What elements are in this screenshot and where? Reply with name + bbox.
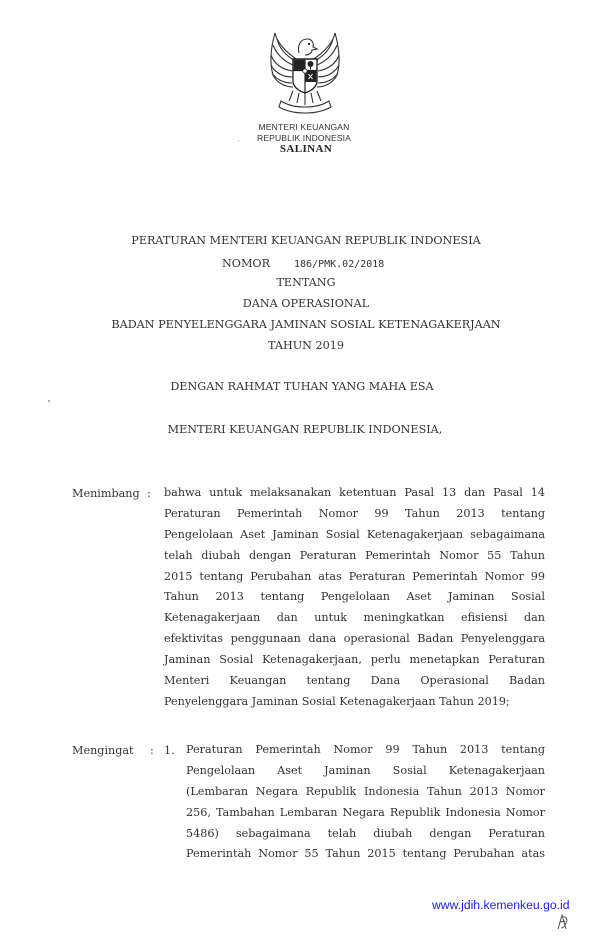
paragraph-line: Penyelenggara Jaminan Sosial Ketenagaker… [164,692,545,713]
salinan-stamp: SALINAN [0,143,612,155]
paragraph-line: Pengelolaan Aset Jaminan Sosial Ketenaga… [186,761,545,782]
paragraph-line: 2015 tentang Perubahan atas Peraturan Pe… [164,567,545,588]
subject-line-2: BADAN PENYELENGGARA JAMINAN SOSIAL KETEN… [0,318,612,331]
paragraph-line: Tahun 2013 tentang Pengelolaan Aset Jami… [164,587,545,608]
paragraph-line: telah diubah dengan Peraturan Pemerintah… [164,546,545,567]
paragraph-line: Pemerintah Nomor 55 Tahun 2015 tentang P… [186,844,545,865]
menimbang-label: Menimbang [72,487,140,500]
regulation-number: NOMOR186/PMK.02/2018 [222,257,384,270]
handwritten-initial-icon [555,911,571,931]
menimbang-paragraph: bahwa untuk melaksanakan ketentuan Pasal… [164,483,545,713]
mengingat-item-text: Peraturan Pemerintah Nomor 99 Tahun 2013… [186,740,545,865]
paragraph-line: Peraturan Pemerintah Nomor 99 Tahun 2013… [186,740,545,761]
paragraph-line: (Lembaran Negara Republik Indonesia Tahu… [186,782,545,803]
subject-line-3: TAHUN 2019 [0,339,612,352]
subject-line-1: DANA OPERASIONAL [0,297,612,310]
paragraph-line: Jaminan Sosial Ketenagakerjaan, perlu me… [164,650,545,671]
menimbang-colon: : [147,487,151,500]
nomor-value: 186/PMK.02/2018 [294,259,384,270]
paragraph-line: 5486) sebagaimana telah diubah dengan Pe… [186,824,545,845]
paragraph-line: Pengelolaan Aset Jaminan Sosial Ketenaga… [164,525,545,546]
regulation-title: PERATURAN MENTERI KEUANGAN REPUBLIK INDO… [0,234,612,247]
scan-speck [48,400,50,402]
paragraph-line: Peraturan Pemerintah Nomor 99 Tahun 2013… [164,504,545,525]
paragraph-line: 256, Tambahan Lembaran Negara Republik I… [186,803,545,824]
mengingat-item-number: 1. [164,744,175,757]
paragraph-line: Ketenagakerjaan dan untuk meningkatkan e… [164,608,545,629]
invocation: DENGAN RAHMAT TUHAN YANG MAHA ESA [0,380,608,393]
mengingat-label: Mengingat [72,744,134,757]
paragraph-line: Menteri Keuangan tentang Dana Operasiona… [164,671,545,692]
mengingat-colon: : [150,744,154,757]
paragraph-line: bahwa untuk melaksanakan ketentuan Pasal… [164,483,545,504]
scan-speck [238,140,239,141]
tentang-label: TENTANG [0,276,612,289]
garuda-emblem-icon [259,31,351,119]
paragraph-line: efektivitas penggunaan dana operasional … [164,629,545,650]
authority-line: MENTERI KEUANGAN REPUBLIK INDONESIA, [0,423,611,436]
ministry-name-line1: MENTERI KEUANGAN [0,122,610,132]
nomor-label: NOMOR [222,257,270,270]
ministry-name-line2: REPUBLIK INDONESIA [0,133,610,143]
jdih-website-link[interactable]: www.jdih.kemenkeu.go.id [432,898,570,912]
